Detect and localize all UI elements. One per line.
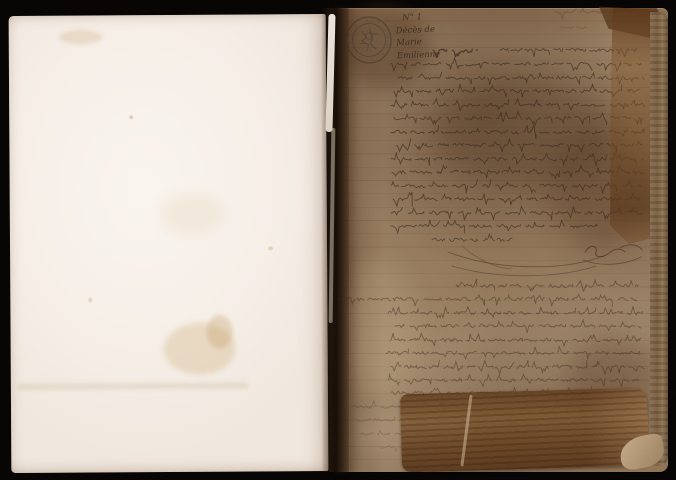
margin-annotation: N° 1 Décès de Marie Émilienne (395, 10, 461, 63)
left-page-stain (206, 315, 232, 349)
tape-grain (400, 388, 649, 473)
tape-repair-bottom-patch (400, 388, 649, 473)
binding-gutter-shadow (321, 8, 349, 472)
left-page-speck (268, 246, 273, 250)
book-fore-edge (650, 12, 668, 466)
left-page-crease (17, 383, 249, 390)
left-page-speck (129, 115, 133, 119)
left-blank-page (9, 14, 329, 473)
scanned-register-spread: N° 1 Décès de Marie Émilienne (0, 0, 676, 480)
left-page-speck (88, 297, 92, 302)
left-page-stain (160, 193, 224, 235)
left-page-stain (59, 29, 103, 44)
